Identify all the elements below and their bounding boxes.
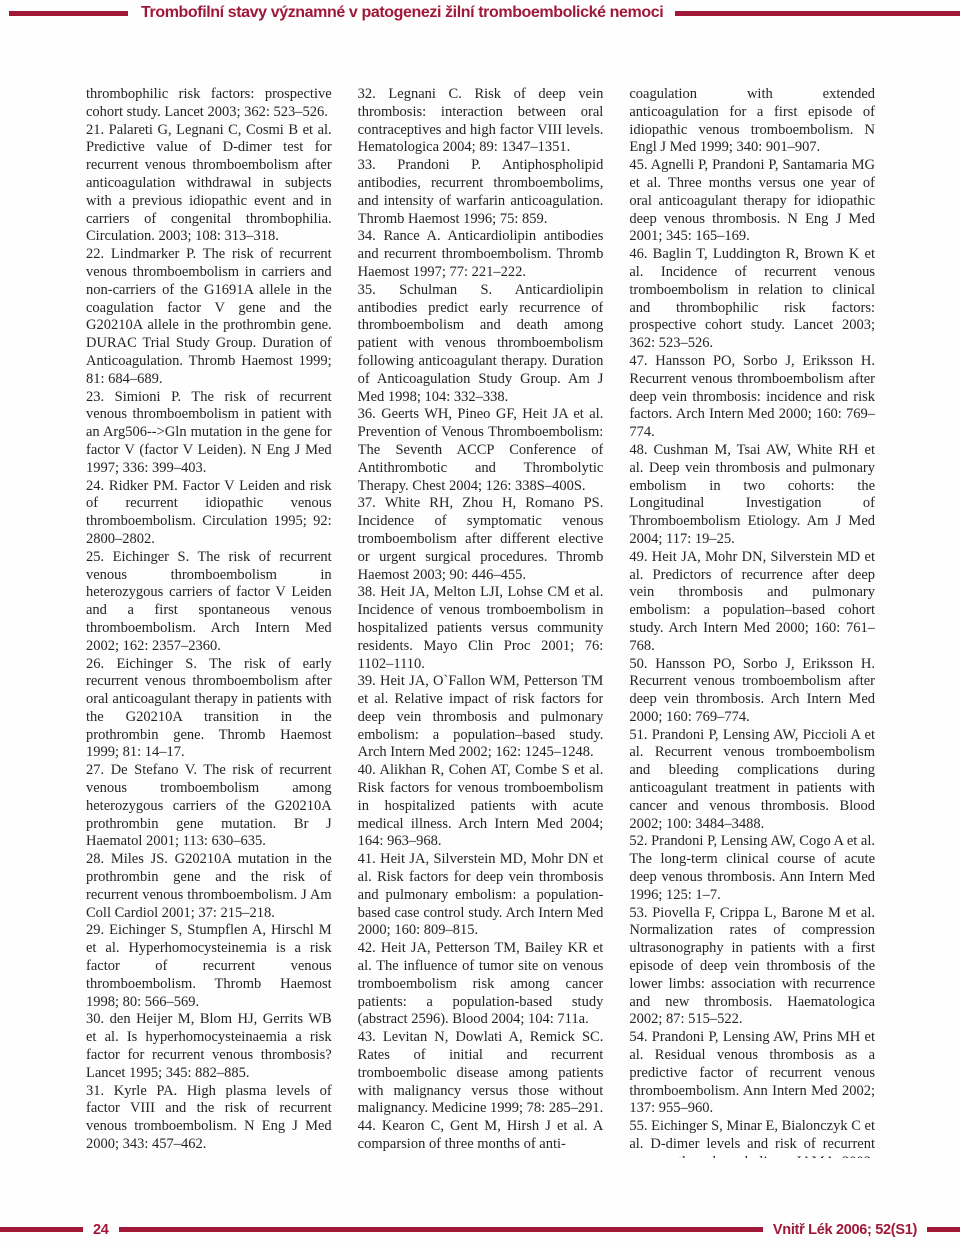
reference-entry: 55. Eichinger S, Minar E, Bialonczyk C e… xyxy=(629,1118,875,1158)
reference-entry: 47. Hansson PO, Sorbo J, Eriksson H. Rec… xyxy=(629,353,875,442)
reference-column-1: thrombophilic risk factors: prospective … xyxy=(86,86,332,1158)
reference-entry: 33. Prandoni P. Antiphospholipid antibod… xyxy=(358,157,604,228)
reference-entry: 42. Heit JA, Petterson TM, Bailey KR et … xyxy=(358,940,604,1029)
reference-entry: coagulation with extended anticoagulatio… xyxy=(629,86,875,157)
reference-entry: 24. Ridker PM. Factor V Leiden and risk … xyxy=(86,478,332,549)
reference-entry: 48. Cushman M, Tsai AW, White RH et al. … xyxy=(629,442,875,549)
reference-entry: 37. White RH, Zhou H, Romano PS. Inciden… xyxy=(358,495,604,584)
reference-entry: 49. Heit JA, Mohr DN, Silverstein MD et … xyxy=(629,549,875,656)
page-footer: 24 Vnitř Lék 2006; 52(S1) xyxy=(0,1221,960,1238)
running-head-title: Trombofilní stavy významné v patogenezi … xyxy=(141,4,663,22)
reference-entry: 53. Piovella F, Crippa L, Barone M et al… xyxy=(629,905,875,1030)
reference-column-2: 32. Legnani C. Risk of deep vein thrombo… xyxy=(358,86,604,1158)
reference-entry: 31. Kyrle PA. High plasma levels of fact… xyxy=(86,1083,332,1154)
header-rule-right xyxy=(675,11,960,16)
reference-entry: 54. Prandoni P, Lensing AW, Prins MH et … xyxy=(629,1029,875,1118)
reference-entry: 50. Hansson PO, Sorbo J, Eriksson H. Rec… xyxy=(629,656,875,727)
reference-entry: 44. Kearon C, Gent M, Hirsh J et al. A c… xyxy=(358,1118,604,1154)
reference-entry: 52. Prandoni P, Lensing AW, Cogo A et al… xyxy=(629,833,875,904)
reference-entry: 41. Heit JA, Silverstein MD, Mohr DN et … xyxy=(358,851,604,940)
reference-entry: 28. Miles JS. G20210A mutation in the pr… xyxy=(86,851,332,922)
reference-entry: 35. Schulman S. Anticardiolipin antibodi… xyxy=(358,282,604,407)
reference-entry: 21. Palareti G, Legnani C, Cosmi B et al… xyxy=(86,122,332,247)
reference-entry: 26. Eichinger S. The risk of early recur… xyxy=(86,656,332,763)
journal-page: { "theme": { "accent": "#a01838", "text"… xyxy=(0,0,960,1242)
footer-rule-right xyxy=(927,1227,960,1232)
reference-entry: 36. Geerts WH, Pineo GF, Heit JA et al. … xyxy=(358,406,604,495)
reference-entry: 39. Heit JA, O`Fallon WM, Petterson TM e… xyxy=(358,673,604,762)
page-header: Trombofilní stavy významné v patogenezi … xyxy=(0,5,960,21)
reference-entry: 45. Agnelli P, Prandoni P, Santamaria MG… xyxy=(629,157,875,246)
header-rule-left xyxy=(9,11,128,16)
reference-entry: 38. Heit JA, Melton LJI, Lohse CM et al.… xyxy=(358,584,604,673)
reference-entry: 29. Eichinger S, Stumpflen A, Hirschl M … xyxy=(86,922,332,1011)
reference-entry: 34. Rance A. Anticardiolipin antibodies … xyxy=(358,228,604,281)
reference-entry: 51. Prandoni P, Lensing AW, Piccioli A e… xyxy=(629,727,875,834)
journal-citation: Vnitř Lék 2006; 52(S1) xyxy=(773,1222,917,1238)
reference-entry: 40. Alikhan R, Cohen AT, Combe S et al. … xyxy=(358,762,604,851)
page-number: 24 xyxy=(93,1222,109,1238)
reference-entry: 46. Baglin T, Luddington R, Brown K et a… xyxy=(629,246,875,353)
footer-rule-left xyxy=(0,1227,83,1232)
reference-entry: 22. Lindmarker P. The risk of recurrent … xyxy=(86,246,332,388)
reference-column-3: coagulation with extended anticoagulatio… xyxy=(629,86,875,1158)
reference-entry: 32. Legnani C. Risk of deep vein thrombo… xyxy=(358,86,604,157)
reference-entry: 43. Levitan N, Dowlati A, Remick SC. Rat… xyxy=(358,1029,604,1118)
reference-entry: 30. den Heijer M, Blom HJ, Gerrits WB et… xyxy=(86,1011,332,1082)
reference-columns: thrombophilic risk factors: prospective … xyxy=(86,86,875,1158)
reference-entry: 27. De Stefano V. The risk of recurrent … xyxy=(86,762,332,851)
reference-entry: 25. Eichinger S. The risk of recurrent v… xyxy=(86,549,332,656)
footer-rule-middle xyxy=(119,1227,763,1232)
reference-entry: thrombophilic risk factors: prospective … xyxy=(86,86,332,122)
reference-entry: 23. Simioni P. The risk of recurrent ven… xyxy=(86,389,332,478)
